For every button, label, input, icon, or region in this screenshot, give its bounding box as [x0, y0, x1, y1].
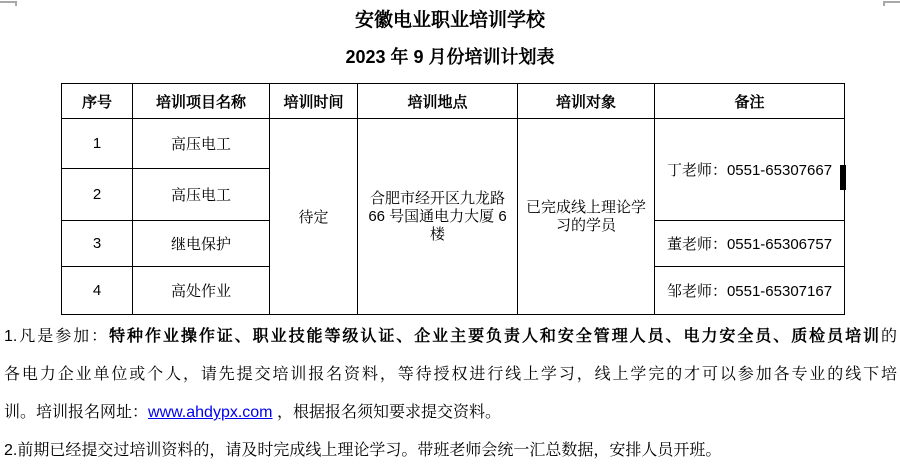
table-header-row: 序号 培训项目名称 培训时间 培训地点 培训对象 备注: [62, 84, 845, 119]
cell-time-merged: 待定: [270, 119, 358, 315]
location-line-1: 合肥市经开区九龙路: [360, 190, 515, 208]
cell-project-1: 高压电工: [133, 119, 270, 169]
cell-target-merged: 已完成线上理论学 习的学员: [518, 119, 655, 315]
text-boundary-corner-top-right-icon: [883, 1, 900, 6]
note1-line3: 训。培训报名网址：www.ahdypx.com ，根据报名须知要求提交资料。: [4, 394, 897, 432]
cell-serial-3: 3: [62, 221, 133, 267]
page-subtitle: 2023 年 9 月份培训计划表: [0, 45, 900, 69]
header-cell-location: 培训地点: [358, 84, 518, 119]
note1-bold-text: 特种作业操作证、职业技能等级认证、企业主要负责人和安全管理人员、电力安全员、质检…: [109, 328, 881, 345]
note1-line2: 各电力企业单位或个人，请先提交培训报名资料，等待授权进行线上学习，线上学完的才可…: [4, 356, 897, 394]
cell-project-4: 高处作业: [133, 267, 270, 315]
signup-url-link[interactable]: www.ahdypx.com: [148, 404, 273, 421]
note1-line3-pre: 训。培训报名网址：: [4, 404, 148, 421]
target-line-2: 习的学员: [520, 217, 652, 235]
note1-line3-post: ，根据报名须知要求提交资料。: [273, 404, 501, 421]
table-border-handle: [840, 165, 846, 190]
text-boundary-corner-top-left-icon: [0, 1, 17, 6]
target-line-1: 已完成线上理论学: [520, 199, 652, 217]
cell-location-merged: 合肥市经开区九龙路 66 号国通电力大厦 6 楼: [358, 119, 518, 315]
table-row: 1 高压电工 待定 合肥市经开区九龙路 66 号国通电力大厦 6 楼 已完成线上…: [62, 119, 845, 169]
cell-serial-1: 1: [62, 119, 133, 169]
cell-remark-ding: 丁老师：0551-65307667: [655, 119, 845, 221]
document-page: 安徽电业职业培训学校 2023 年 9 月份培训计划表 序号 培训项目名称 培训…: [0, 0, 900, 473]
note2-line: 2.前期已经提交过培训资料的，请及时完成线上理论学习。带班老师会统一汇总数据，安…: [4, 432, 897, 470]
cell-project-3: 继电保护: [133, 221, 270, 267]
cell-project-2: 高压电工: [133, 169, 270, 221]
note1-line1: 1.凡是参加：特种作业操作证、职业技能等级认证、企业主要负责人和安全管理人员、电…: [4, 318, 897, 356]
location-line-2: 66 号国通电力大厦 6 楼: [360, 208, 515, 244]
header-cell-target: 培训对象: [518, 84, 655, 119]
cell-serial-2: 2: [62, 169, 133, 221]
training-plan-table: 序号 培训项目名称 培训时间 培训地点 培训对象 备注 1 高压电工 待定 合肥…: [61, 83, 845, 315]
cell-serial-4: 4: [62, 267, 133, 315]
notes-section: 1.凡是参加：特种作业操作证、职业技能等级认证、企业主要负责人和安全管理人员、电…: [4, 318, 897, 470]
header-cell-remark: 备注: [655, 84, 845, 119]
cell-remark-zou: 邹老师：0551-65307167: [655, 267, 845, 315]
note1-suffix: 的: [881, 328, 897, 345]
header-cell-project: 培训项目名称: [133, 84, 270, 119]
header-cell-time: 培训时间: [270, 84, 358, 119]
page-title: 安徽电业职业培训学校: [0, 9, 900, 33]
header-cell-serial: 序号: [62, 84, 133, 119]
note1-prefix: 1.凡是参加：: [4, 328, 109, 345]
cell-remark-dong: 董老师：0551-65306757: [655, 221, 845, 267]
